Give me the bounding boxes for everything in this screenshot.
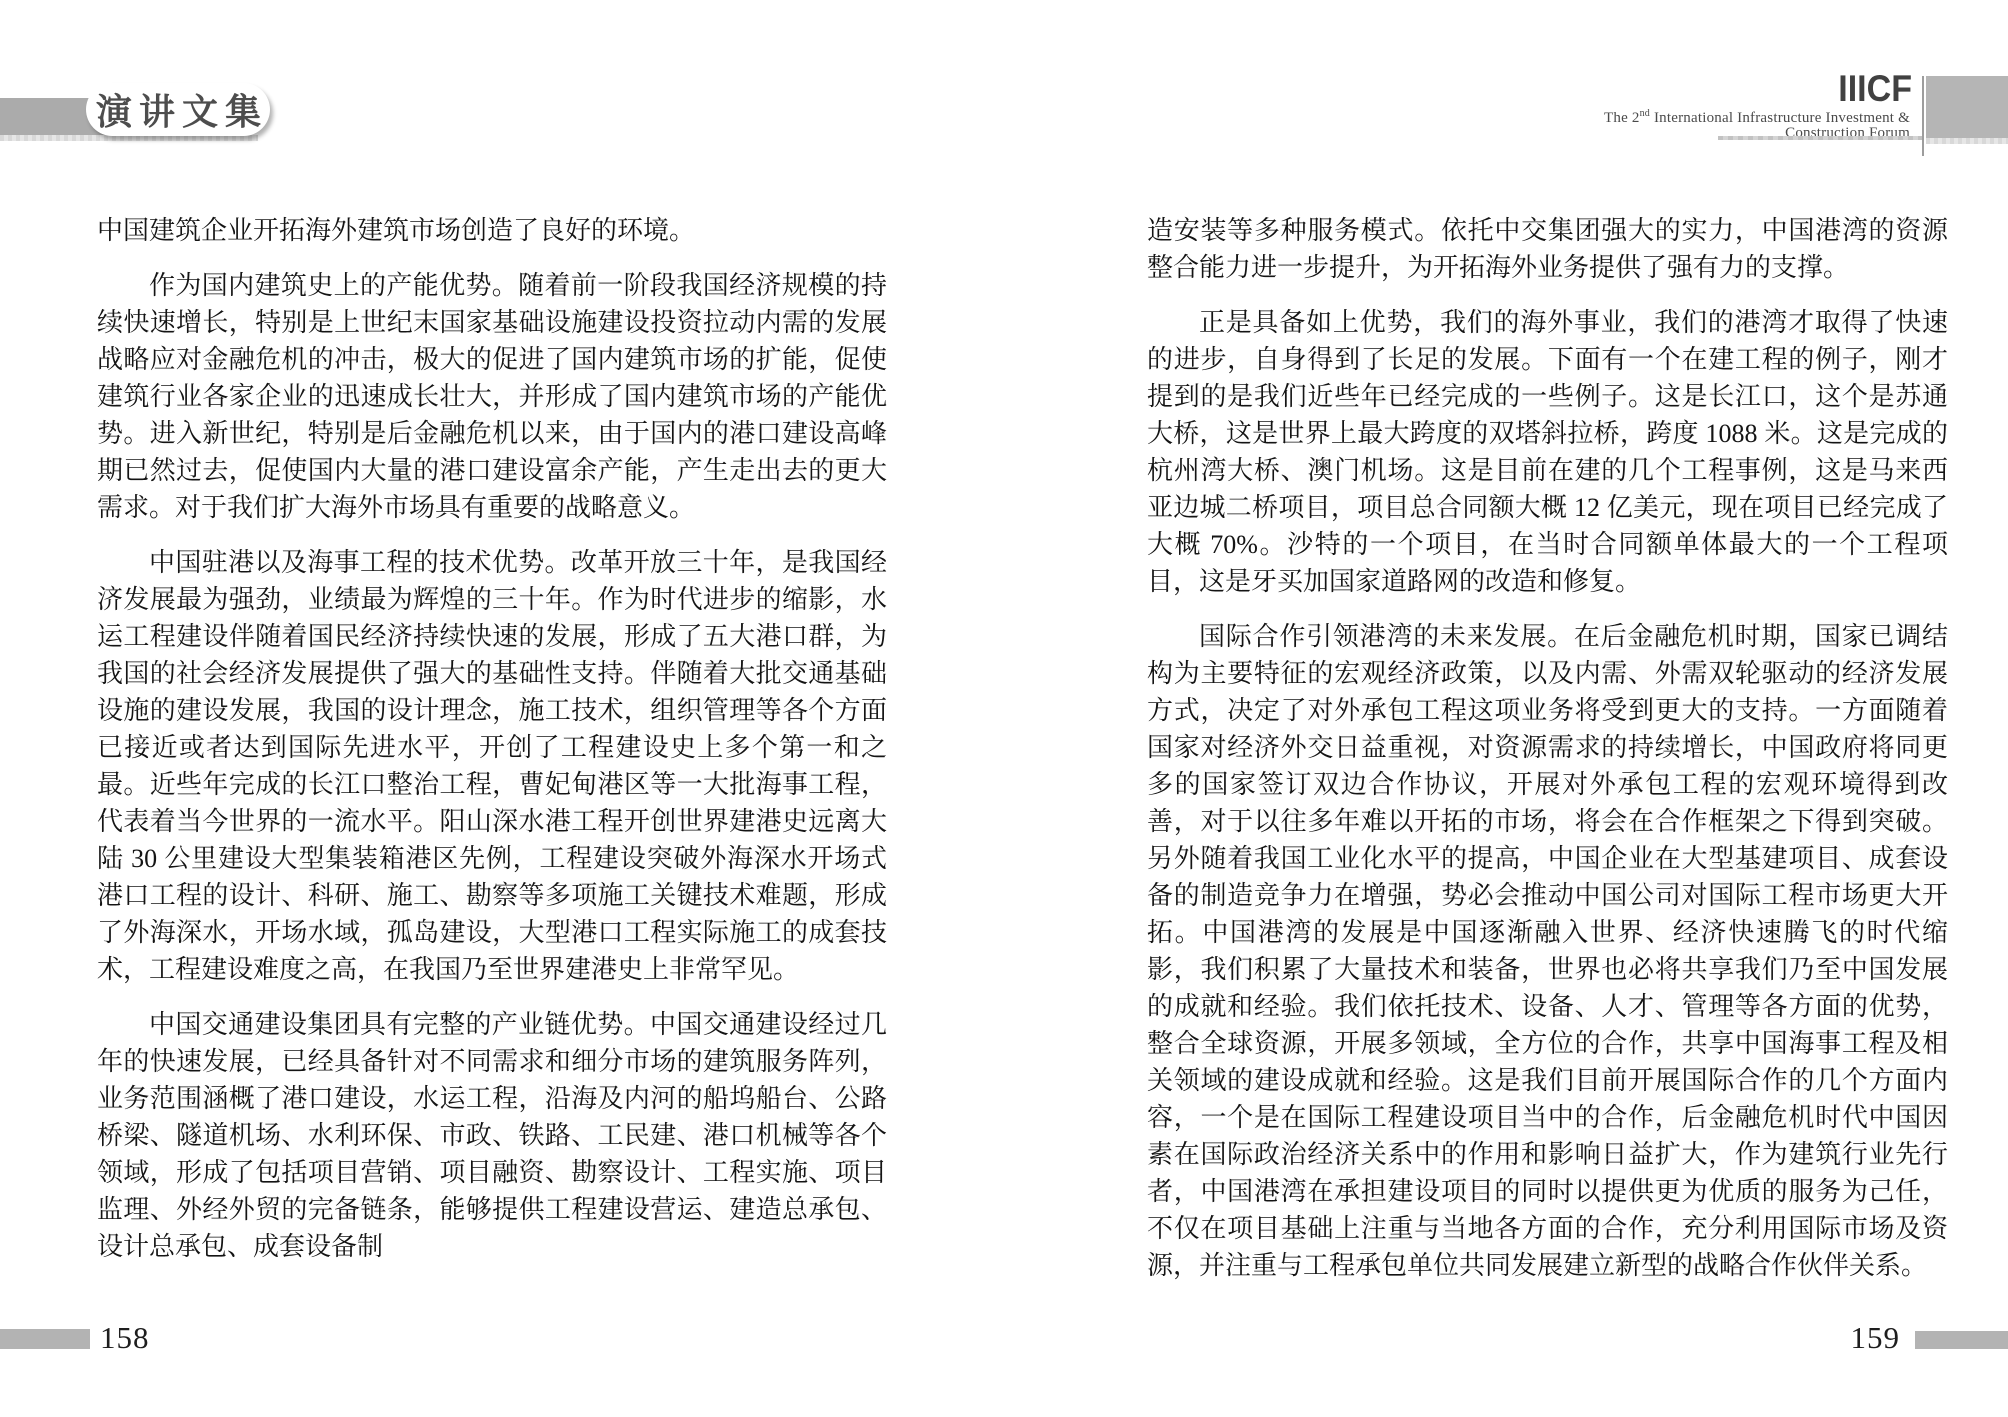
header-rule [1718, 136, 1922, 140]
corner-band-top-right-shadow [1926, 138, 2008, 144]
page-number-right: 159 [1800, 1320, 1900, 1356]
book-spread: 演讲文集 IIICF The 2nd International Infrast… [0, 0, 2008, 1417]
logo-subtitle-rest: International Infrastructure Investment … [1650, 110, 1910, 126]
corner-band-bottom-left [0, 1329, 90, 1349]
header-divider-line [1922, 76, 1924, 156]
iiicf-logo: IIICF [1838, 70, 1910, 108]
logo-subtitle-prefix: The 2 [1604, 110, 1640, 126]
page-right-text: 造安装等多种服务模式。依托中交集团强大的实力，中国港湾的资源整合能力进一步提升，… [1147, 212, 1948, 1302]
paragraph: 中国驻港以及海事工程的技术优势。改革开放三十年，是我国经济发展最为强劲，业绩最为… [97, 544, 887, 988]
page-number-left: 158 [100, 1320, 150, 1356]
paragraph: 中国交通建设集团具有完整的产业链优势。中国交通建设经过几年的快速发展，已经具备针… [97, 1006, 887, 1265]
corner-band-bottom-right [1915, 1331, 2008, 1349]
paragraph: 国际合作引领港湾的未来发展。在后金融危机时期，国家已调结构为主要特征的宏观经济政… [1147, 618, 1948, 1284]
corner-band-top-right [1926, 76, 2008, 138]
paragraph: 造安装等多种服务模式。依托中交集团强大的实力，中国港湾的资源整合能力进一步提升，… [1147, 212, 1948, 286]
paragraph: 正是具备如上优势，我们的海外事业，我们的港湾才取得了快速的进步，自身得到了长足的… [1147, 304, 1948, 600]
series-title: 演讲文集 [96, 84, 268, 135]
page-left-text: 中国建筑企业开拓海外建筑市场创造了良好的环境。作为国内建筑史上的产能优势。随着前… [97, 212, 887, 1283]
logo-subtitle-ordinal: nd [1640, 108, 1650, 119]
series-title-badge: 演讲文集 [86, 83, 270, 136]
paragraph: 中国建筑企业开拓海外建筑市场创造了良好的环境。 [97, 212, 887, 249]
paragraph: 作为国内建筑史上的产能优势。随着前一阶段我国经济规模的持续快速增长，特别是上世纪… [97, 267, 887, 526]
